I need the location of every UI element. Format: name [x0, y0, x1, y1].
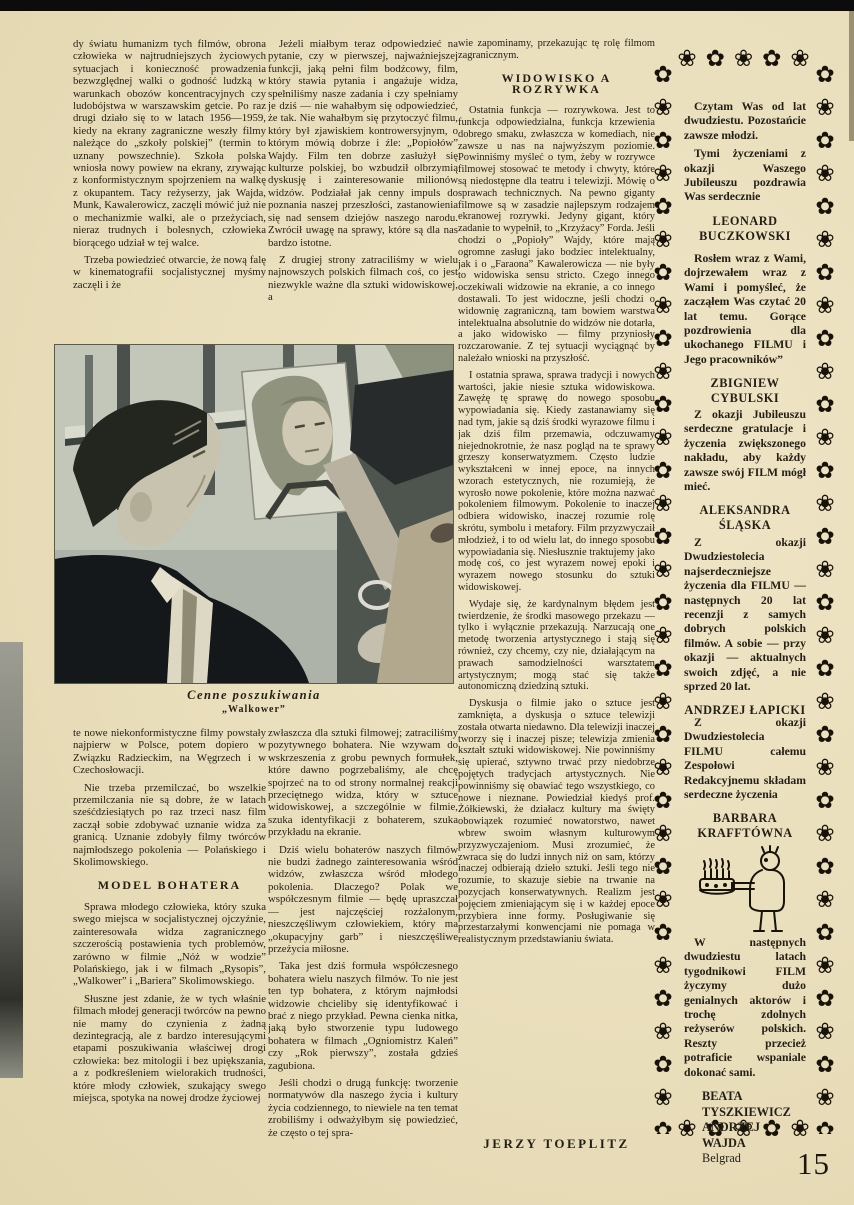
scan-edge-right — [849, 11, 854, 141]
greeting-signature: ALEKSANDRA ŚLĄSKA — [684, 503, 806, 533]
article-column-2-bottom: zwłaszcza dla sztuki filmowej; zatracili… — [268, 727, 458, 1187]
greeting-text: Z okazji Jubileuszu serdeczne gratulacje… — [684, 408, 806, 494]
section-heading: WIDOWISKO A ROZRYWKA — [458, 73, 655, 97]
magazine-page: dy światu humanizm tych filmów, obrona c… — [0, 0, 854, 1205]
film-still-photo — [55, 345, 453, 683]
paragraph: te nowe niekonformistyczne filmy powstał… — [73, 727, 266, 777]
scan-edge-top — [0, 0, 854, 11]
greeting-signature: LEONARD BUCZKOWSKI — [684, 214, 806, 244]
paragraph: I ostatnia sprawa, sprawa tradycji i now… — [458, 370, 655, 594]
page-number: 15 — [797, 1146, 830, 1182]
greeting-text: Z okazji Dwudziestolecia najserdeczniejs… — [684, 536, 806, 694]
section-heading: MODEL BOHATERA — [73, 879, 266, 891]
floral-border-right-icon: ✿❀✿❀✿❀✿❀✿❀✿❀✿❀✿❀✿❀✿❀✿❀✿❀✿❀✿❀✿❀✿❀✿❀✿❀ — [808, 62, 838, 1134]
greeting-block: Z okazji Jubileuszu serdeczne gratulacje… — [684, 408, 806, 533]
signature-line: BEATA TYSZKIEWICZ — [702, 1089, 806, 1120]
signature-line: ANDRZEJ WAJDA — [702, 1120, 806, 1151]
greeting-text: W następnych dwudziestu latach tygodniko… — [684, 936, 806, 1080]
greeting-text: Tymi życzeniami z okazji Waszego Jubileu… — [684, 147, 806, 205]
article-column-1-bottom: te nowe niekonformistyczne filmy powstał… — [73, 727, 266, 1187]
signature-place: Belgrad — [702, 1151, 806, 1167]
floral-border-left-icon: ✿❀✿❀✿❀✿❀✿❀✿❀✿❀✿❀✿❀✿❀✿❀✿❀✿❀✿❀✿❀✿❀✿❀✿❀ — [646, 62, 676, 1134]
paragraph: Dyskusja o filmie jako o sztuce jest zam… — [458, 698, 655, 946]
paragraph: dy światu humanizm tych filmów, obrona c… — [73, 38, 266, 249]
paragraph: Trzeba powiedzieć otwarcie, że nową falę… — [73, 254, 266, 291]
paragraph: Ostatnia funkcja — rozrywkowa. Jest to f… — [458, 105, 655, 365]
caption-film-title: „Walkower” — [55, 704, 453, 715]
paragraph: zwłaszcza dla sztuki filmowej; zatracili… — [268, 727, 458, 839]
greeting-text: Czytam Was od lat dwudziestu. Pozostańci… — [684, 100, 806, 143]
left-edge-photo-sliver — [0, 642, 23, 1078]
paragraph: Jeżeli miałbym teraz odpowiedzieć na pyt… — [268, 38, 458, 249]
paragraph: Jeśli chodzi o drugą funkcję: tworzenie … — [268, 1077, 458, 1139]
paragraph: Z drugiej strony zatraciliśmy w wielu na… — [268, 254, 458, 304]
greeting-text: Z okazji Dwudziestolecia FILMU całemu Ze… — [684, 716, 806, 802]
greeting-text: Rosłem wraz z Wami, dojrzewałem wraz z W… — [684, 252, 806, 367]
photo-caption: Cenne poszukiwania „Walkower” — [55, 688, 453, 715]
greeting-block: Rosłem wraz z Wami, dojrzewałem wraz z W… — [684, 252, 806, 406]
film-still-illustration — [55, 345, 453, 683]
greeting-block: W następnych dwudziestu latach tygodniko… — [684, 936, 806, 1167]
greeting-signature: BEATA TYSZKIEWICZ ANDRZEJ WAJDA Belgrad — [684, 1089, 806, 1167]
article-column-1-top: dy światu humanizm tych filmów, obrona c… — [73, 38, 266, 346]
paragraph: Słuszne jest zdanie, że w tych właśnie f… — [73, 993, 266, 1105]
greeting-block: Czytam Was od lat dwudziestu. Pozostańci… — [684, 100, 806, 244]
greeting-signature: ZBIGNIEW CYBULSKI — [684, 376, 806, 406]
paragraph: Nie trzeba przemilczać, bo wszelkie prze… — [73, 782, 266, 869]
greeting-signature: BARBARA KRAFFTÓWNA — [684, 811, 806, 841]
paragraph: Dziś wielu bohaterów naszych filmów nie … — [268, 844, 458, 956]
paragraph: Sprawa młodego człowieka, który szuka sw… — [73, 901, 266, 988]
paragraph: Wydaje się, że kardynalnym błędem jest t… — [458, 599, 655, 693]
caption-title: Cenne poszukiwania — [55, 688, 453, 703]
paragraph: wie zapominamy, przekazując tę rolę film… — [458, 38, 655, 62]
paragraph: Taka jest dziś formuła współczesnego boh… — [268, 960, 458, 1072]
greeting-block: Z okazji Dwudziestolecia najserdeczniejs… — [684, 536, 806, 718]
greeting-block: Z okazji Dwudziestolecia FILMU całemu Ze… — [684, 716, 806, 841]
author-signature: JERZY TOEPLITZ — [458, 1136, 655, 1152]
article-column-3: wie zapominamy, przekazując tę rolę film… — [458, 38, 655, 1130]
birthday-cake-cartoon-icon — [692, 843, 804, 935]
article-column-2-top: Jeżeli miałbym teraz odpowiedzieć na pyt… — [268, 38, 458, 346]
